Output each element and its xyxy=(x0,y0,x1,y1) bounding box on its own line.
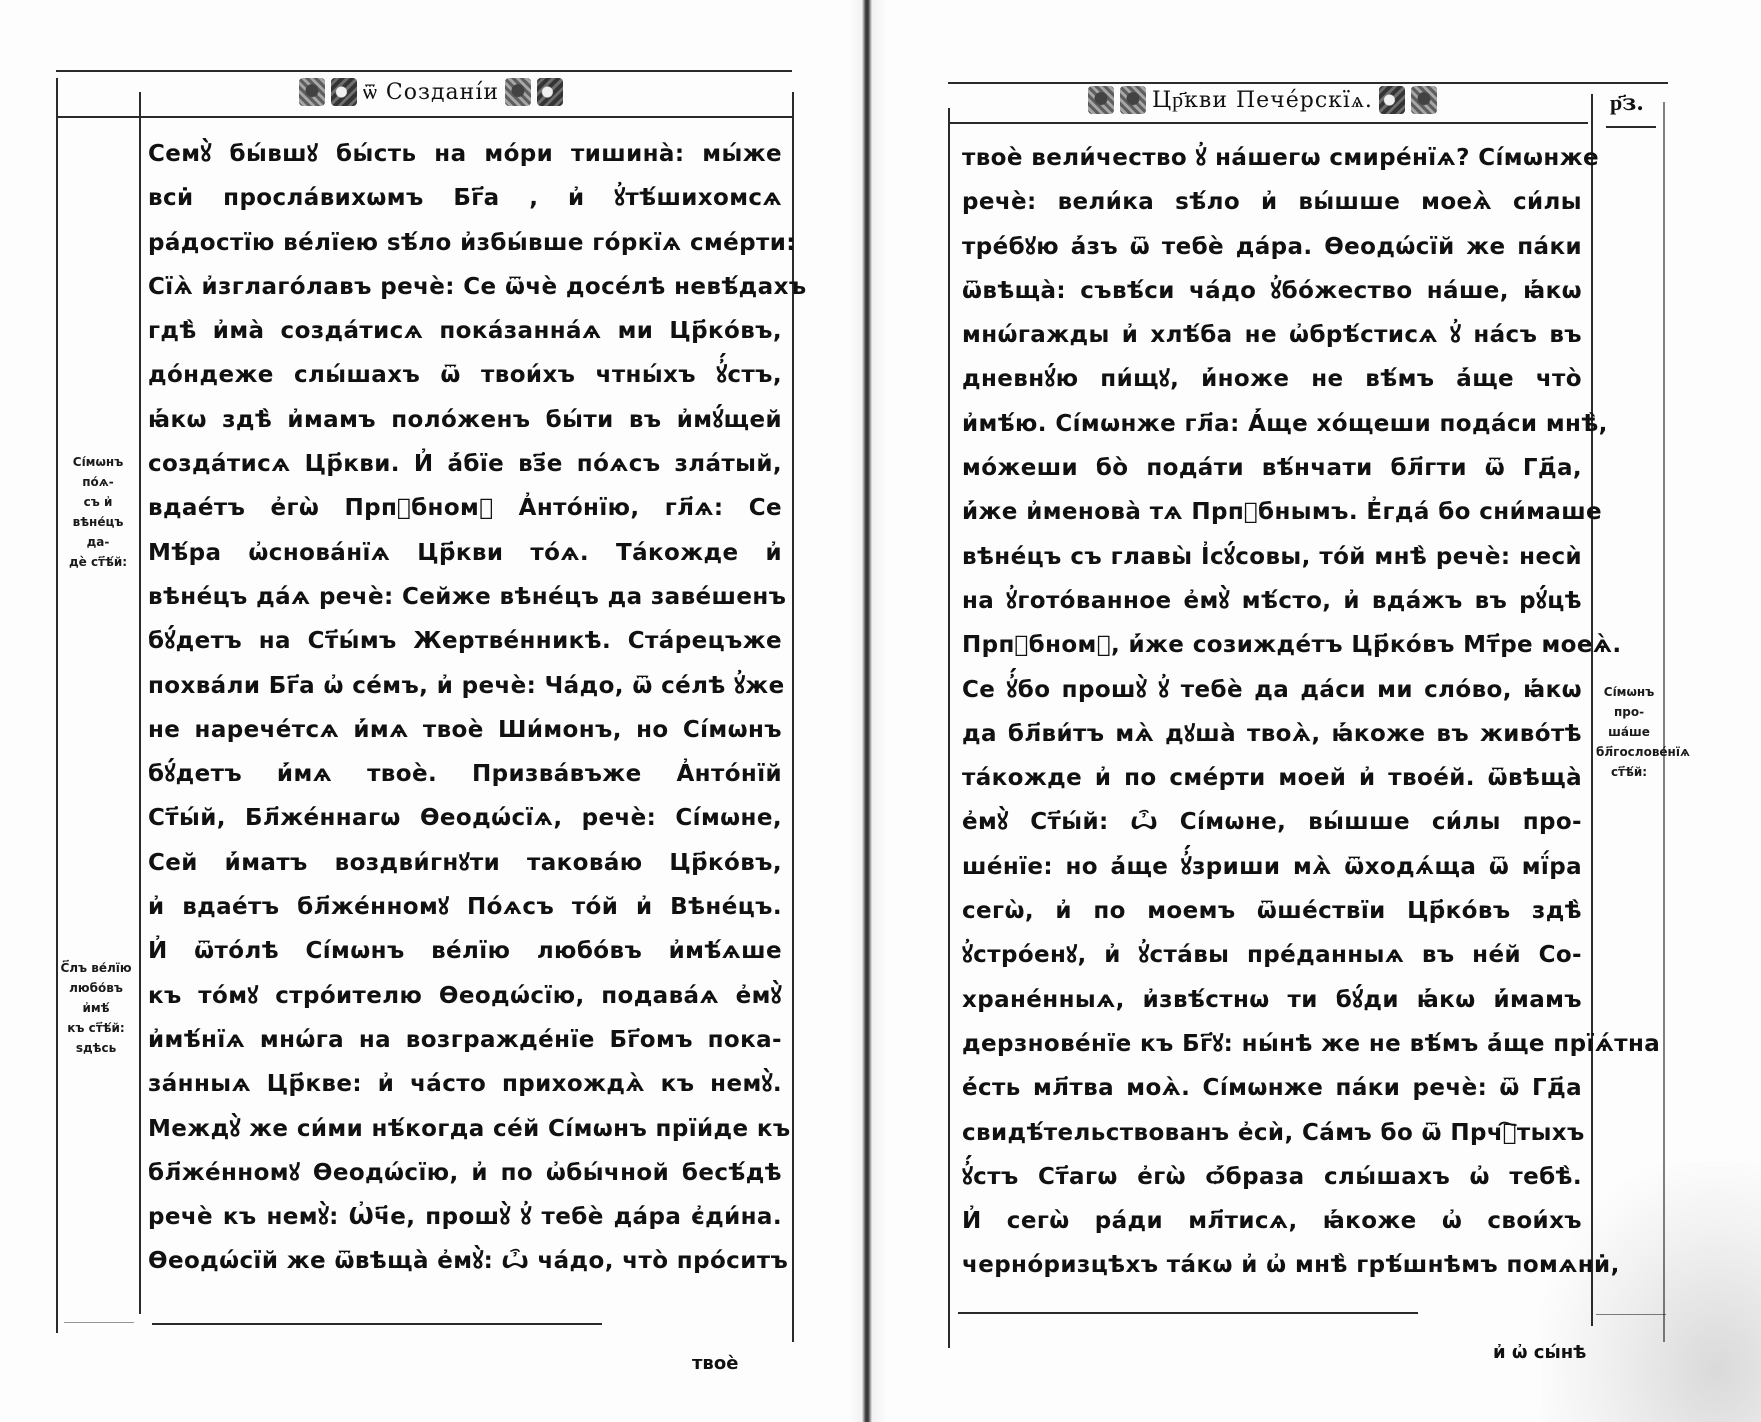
text-line: бꙋ́детъ на Ст҃ы́мъ Жертве́нникѣ. Ста́рец… xyxy=(148,619,782,663)
book-spine xyxy=(862,0,872,1422)
catchword: твоѐ xyxy=(692,1353,738,1374)
page-number-rule xyxy=(1606,126,1656,128)
text-line: свидѣ́тельствованъ е҆сѝ, Са́мъ бо ѿ Прчⷭ… xyxy=(962,1111,1582,1155)
top-rule xyxy=(948,82,1668,84)
margin-note: С҃лъ ве́лїю любо́въ и҆мѣ́ къ ст҃ѣ́й: ѕдѣ… xyxy=(56,958,136,1058)
text-line: черно́ризцѣхъ та́кѡ и҆ ѡ҆ мнѣ̀ грѣ́шнѣмъ… xyxy=(962,1243,1582,1287)
text-line: мнѡ́гажды и҆ хлѣ́ба не ѡ҆брѣ́стисѧ ꙋ҆ на… xyxy=(962,313,1582,357)
text-line: вдае́тъ е҆гѡ̀ Прпⷣбномꙋ А҆нто́нїю, гл҃ѧ:… xyxy=(148,486,782,530)
text-line: и҆ вдае́тъ бл҃же́нномꙋ По́ѧсъ то́й и҆ Вѣ… xyxy=(148,885,782,929)
bottom-rule xyxy=(958,1312,1418,1314)
text-line: и҆мѣ́нїѧ мнѡ́га на возгражде́нїе Бг҃омъ … xyxy=(148,1018,782,1062)
right-page-text: твоѐ вели́чество ꙋ҆ на́шегѡ смире́нїѧ? С… xyxy=(962,136,1582,1288)
text-line: И҆ сегѡ̀ ра́ди мл҃тисѧ, ꙗ҆́коже ѡ҆ свои́… xyxy=(962,1199,1582,1243)
text-line: дерзнове́нїе къ Бг҃ꙋ: ны́нѣ же не вѣ́мъ … xyxy=(962,1022,1582,1066)
text-line: Сей и҆́матъ воздви́гнꙋти такова́ю Цр҃ко́… xyxy=(148,841,782,885)
text-line: къ то́мꙋ стро́ителю Ѳеодѡ́сїю, подава́ѧ … xyxy=(148,974,782,1018)
text-line: Ѳеодѡ́сїй же ѿвѣща̀ е҆мꙋ̀: ѽ ча́до, что̀… xyxy=(148,1239,782,1283)
right-page: Цр҃кви Пече́рскїѧ. р҃з. Сі́мѡнъ про- ша́… xyxy=(948,82,1708,1342)
text-line: ꙋ҆стро́енꙋ, и҆ ꙋ҆ста́вы пре́данныѧ въ не… xyxy=(962,933,1582,977)
bottom-rule xyxy=(152,1323,602,1325)
running-head: Цр҃кви Пече́рскїѧ. xyxy=(1088,86,1437,114)
text-line: да бл҃ви́тъ мѧ̀ дꙋша̀ твоѧ̀, ꙗ҆́коже въ … xyxy=(962,712,1582,756)
text-line: Ст҃ы́й, Бл҃же́ннагѡ Ѳеодѡ́сїѧ, речѐ: Сі́… xyxy=(148,796,782,840)
head-rule xyxy=(948,122,1588,124)
left-outer-rule xyxy=(56,78,58,1333)
text-line: и҆́же и҆менова̀ тѧ Прпⷣбнымъ. Е҆гда́ бо … xyxy=(962,490,1582,534)
left-rule xyxy=(948,108,950,1348)
headpiece-ornament-icon xyxy=(1088,86,1114,114)
text-line: Семꙋ̀ бы́вшꙋ бы́сть на мо́ри тишина̀: мы… xyxy=(148,132,782,176)
running-head: ѿ Создані́и xyxy=(299,78,563,106)
text-line: созда́тисѧ Цр҃кви. И҆ а҆́бїе вз҃е по́ѧсъ… xyxy=(148,442,782,486)
text-line: мо́жеши бо̀ пода́ти вѣ́нчати бл҃гти ѿ Гд… xyxy=(962,446,1582,490)
text-line: Мѣ́ра ѡ҆снова́нїѧ Цр҃кви то́ѧ. Та́кожде … xyxy=(148,531,782,575)
text-line: Междꙋ̀ же си́ми нѣ́когда се́й Сі́мѡнъ пр… xyxy=(148,1107,782,1151)
headpiece-ornament-icon xyxy=(1411,86,1437,114)
margin-note: Сі́мѡнъ по́ѧ- съ и҆ вѣне́цъ да- дѐ ст҃ѣ́… xyxy=(60,452,136,572)
text-line: ѿвѣща̀: съвѣ́си ча́до ꙋ҆бо́жество на́ше,… xyxy=(962,269,1582,313)
text-line: Се ꙋ҆́бо прошꙋ̀ ꙋ҆ тебѐ да да́си ми сло́… xyxy=(962,668,1582,712)
text-line: ра́достїю ве́лїею ѕѣ́ло и҆збы́вше го́ркї… xyxy=(148,221,782,265)
margin-bottom-rule xyxy=(64,1322,134,1323)
text-right-rule xyxy=(1591,94,1593,1326)
left-page-text: Семꙋ̀ бы́вшꙋ бы́сть на мо́ри тишина̀: мы… xyxy=(148,132,782,1284)
text-line: та́кожде и҆ по сме́рти моей и҆ твое́й. ѿ… xyxy=(962,756,1582,800)
catchword: и҆ ѡ҆ сы́нѣ xyxy=(1493,1342,1586,1363)
headpiece-ornament-icon xyxy=(299,78,325,106)
text-line: И҆ ѿто́лѣ Сі́мѡнъ ве́лїю любо́въ и҆мѣ́ѧш… xyxy=(148,929,782,973)
text-line: Прпⷣбномꙋ, и҆́же созижде́тъ Цр҃ко́въ Мт҃… xyxy=(962,623,1582,667)
margin-rule xyxy=(139,92,141,1314)
text-line: ꙗ҆́кѡ здѣ̀ и҆мамъ поло́женъ бы́ти въ и҆м… xyxy=(148,398,782,442)
text-line: вѣне́цъ съ главы̀ І҆сꙋ́совы, то́й мнѣ̀ р… xyxy=(962,535,1582,579)
text-line: за́нныѧ Цр҃кве: и҆ ча́сто прихождѧ̀ къ н… xyxy=(148,1062,782,1106)
headpiece-ornament-icon xyxy=(537,78,563,106)
headpiece-ornament-icon xyxy=(1120,86,1146,114)
headpiece-ornament-icon xyxy=(331,78,357,106)
page-number: р҃з. xyxy=(1610,90,1644,116)
text-line: не нарече́тсѧ и҆́мѧ твоѐ Ши́монъ, но Сі́… xyxy=(148,708,782,752)
text-line: на ꙋ҆гото́ванное е҆мꙋ̀ мѣ́сто, и҆ вда́жъ… xyxy=(962,579,1582,623)
text-line: е҆́сть мл҃тва моѧ̀. Сі́мѡнже па́ки речѐ:… xyxy=(962,1066,1582,1110)
text-line: дневнꙋ́ю пи́щꙋ, и҆́ноже не вѣ́мъ а҆́ще ч… xyxy=(962,357,1582,401)
head-rule xyxy=(56,116,792,118)
text-line: и҆мѣ́ю. Сі́мѡнже гл҃а: А҆́ще хо́щеши под… xyxy=(962,402,1582,446)
book-spread: ѿ Создані́и Сі́мѡнъ по́ѧ- съ и҆ вѣне́цъ … xyxy=(0,0,1761,1422)
text-line: бꙋ́детъ и҆́мѧ твоѐ. Призва́въже А҆нто́нї… xyxy=(148,752,782,796)
text-line: вси̇ просла́вихѡмъ Бг҃а , и҆ ꙋ҆тѣ́шихомс… xyxy=(148,176,782,220)
text-line: вѣне́цъ да́ѧ речѐ: Сейже вѣне́цъ да заве… xyxy=(148,575,782,619)
text-line: речѐ: вели́ка ѕѣ́ло и҆ вы́шше моеѧ̀ си́л… xyxy=(962,180,1582,224)
text-line: Сїѧ̀ и҆зглаго́лавъ речѐ: Се ѿчѐ досе́лѣ … xyxy=(148,265,782,309)
text-line: тре́бꙋю а҆́зъ ѿ тебѐ да́ра. Ѳеодѡ́сїй же… xyxy=(962,225,1582,269)
text-line: сегѡ̀, и҆ по моемъ ѿше́ствїи Цр҃ко́въ зд… xyxy=(962,889,1582,933)
text-line: хране́нныѧ, и҆звѣ́стнѡ ти бꙋ́ди ꙗ҆́кѡ и҆… xyxy=(962,978,1582,1022)
top-rule xyxy=(56,70,792,72)
margin-note: Сі́мѡнъ про- ша́ше бл҃гослове́нїѧ ст҃ѣ́й… xyxy=(1596,682,1662,782)
text-line: твоѐ вели́чество ꙋ҆ на́шегѡ смире́нїѧ? С… xyxy=(962,136,1582,180)
outer-right-rule xyxy=(1663,102,1665,1342)
text-line: речѐ къ немꙋ̀: Ѡ҆ч҃е, прошꙋ̀ ꙋ҆ тебѐ да́… xyxy=(148,1195,782,1239)
text-line: похва́ли Бг҃а ѡ҆ се́мъ, и҆ речѐ: Ча́до, … xyxy=(148,664,782,708)
text-line: ше́нїе: но а҆́ще ꙋ҆́зриши мѧ̀ ѿходѧ́ща ѿ… xyxy=(962,845,1582,889)
running-head-text: Цр҃кви Пече́рскїѧ. xyxy=(1152,87,1373,113)
headpiece-ornament-icon xyxy=(1379,86,1405,114)
text-line: гдѣ̀ и҆ма̀ созда́тисѧ пока́занна́ѧ ми Цр… xyxy=(148,309,782,353)
text-line: ꙋ҆́стъ Ст҃агѡ е҆гѡ̀ ѻ҆́браза слы́шахъ ѡ҆… xyxy=(962,1155,1582,1199)
left-page: ѿ Создані́и Сі́мѡнъ по́ѧ- съ и҆ вѣне́цъ … xyxy=(56,70,796,1345)
text-line: до́ндеже слы́шахъ ѿ твои́хъ чтны́хъ ꙋ҆́с… xyxy=(148,353,782,397)
margin-bottom-rule xyxy=(1596,1314,1666,1315)
text-line: бл҃же́нномꙋ Ѳеодѡ́сїю, и҆ по ѡ҆бы́чной б… xyxy=(148,1151,782,1195)
headpiece-ornament-icon xyxy=(505,78,531,106)
running-head-text: ѿ Создані́и xyxy=(363,79,499,105)
text-line: е҆мꙋ̀ Ст҃ы́й: ѽ Сі́мѡне, вы́шше си́лы пр… xyxy=(962,800,1582,844)
